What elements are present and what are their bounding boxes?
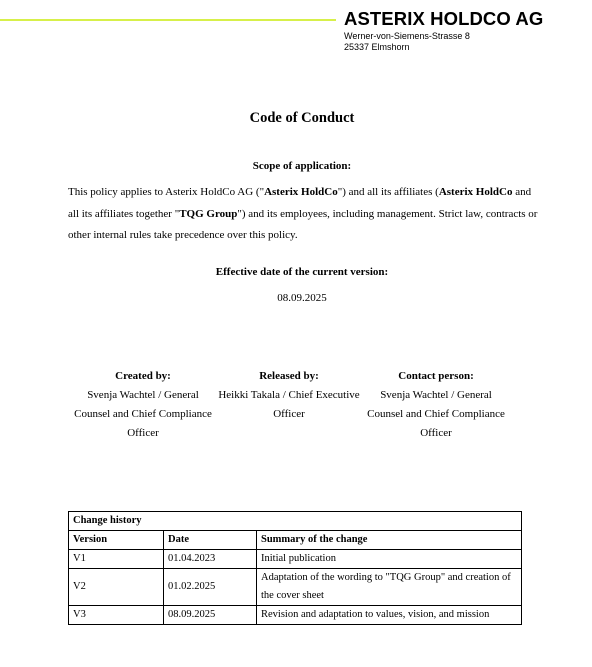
column-header-version: Version <box>69 531 164 550</box>
change-history-caption-row: Change history <box>69 512 522 531</box>
released-by-block: Released by: Heikki Takala / Chief Execu… <box>214 367 364 424</box>
table-header-row: Version Date Summary of the change <box>69 531 522 550</box>
cell-date: 01.04.2023 <box>164 550 257 569</box>
table-row: V3 08.09.2025 Revision and adaptation to… <box>69 606 522 625</box>
cell-version: V1 <box>69 550 164 569</box>
effective-date-value: 08.09.2025 <box>0 292 592 304</box>
scope-text-run: This policy applies to Asterix HoldCo AG… <box>68 186 264 198</box>
address-city: 25337 Elmshorn <box>344 42 470 53</box>
address-street: Werner-von-Siemens-Strasse 8 <box>344 31 470 42</box>
cell-version: V2 <box>69 569 164 606</box>
column-header-summary: Summary of the change <box>257 531 522 550</box>
contact-person-name: Svenja Wachtel / General Counsel and Chi… <box>361 386 511 443</box>
scope-bold-term: Asterix HoldCo <box>264 186 338 198</box>
contact-person-block: Contact person: Svenja Wachtel / General… <box>361 367 511 443</box>
created-by-name: Svenja Wachtel / General Counsel and Chi… <box>68 386 218 443</box>
cell-summary: Revision and adaptation to values, visio… <box>257 606 522 625</box>
contact-person-heading: Contact person: <box>361 367 511 386</box>
table-row: V2 01.02.2025 Adaptation of the wording … <box>69 569 522 606</box>
scope-bold-term: TQG Group <box>179 208 237 220</box>
cell-date: 01.02.2025 <box>164 569 257 606</box>
company-name: ASTERIX HOLDCO AG <box>344 8 543 30</box>
header-accent-line <box>0 19 336 21</box>
created-by-heading: Created by: <box>68 367 218 386</box>
cell-summary: Initial publication <box>257 550 522 569</box>
company-address: Werner-von-Siemens-Strasse 8 25337 Elmsh… <box>344 31 470 53</box>
table-row: V1 01.04.2023 Initial publication <box>69 550 522 569</box>
cell-date: 08.09.2025 <box>164 606 257 625</box>
cell-version: V3 <box>69 606 164 625</box>
column-header-date: Date <box>164 531 257 550</box>
effective-date-heading: Effective date of the current version: <box>0 266 592 278</box>
scope-paragraph: This policy applies to Asterix HoldCo AG… <box>68 182 544 247</box>
change-history-caption: Change history <box>69 512 522 531</box>
scope-bold-term: Asterix HoldCo <box>439 186 513 198</box>
change-history-table: Change history Version Date Summary of t… <box>68 511 522 625</box>
document-title: Code of Conduct <box>0 110 592 127</box>
scope-heading: Scope of application: <box>0 160 592 172</box>
cell-summary: Adaptation of the wording to "TQG Group"… <box>257 569 522 606</box>
scope-text-run: ") and all its affiliates ( <box>338 186 439 198</box>
released-by-name: Heikki Takala / Chief Executive Officer <box>214 386 364 424</box>
released-by-heading: Released by: <box>214 367 364 386</box>
created-by-block: Created by: Svenja Wachtel / General Cou… <box>68 367 218 443</box>
